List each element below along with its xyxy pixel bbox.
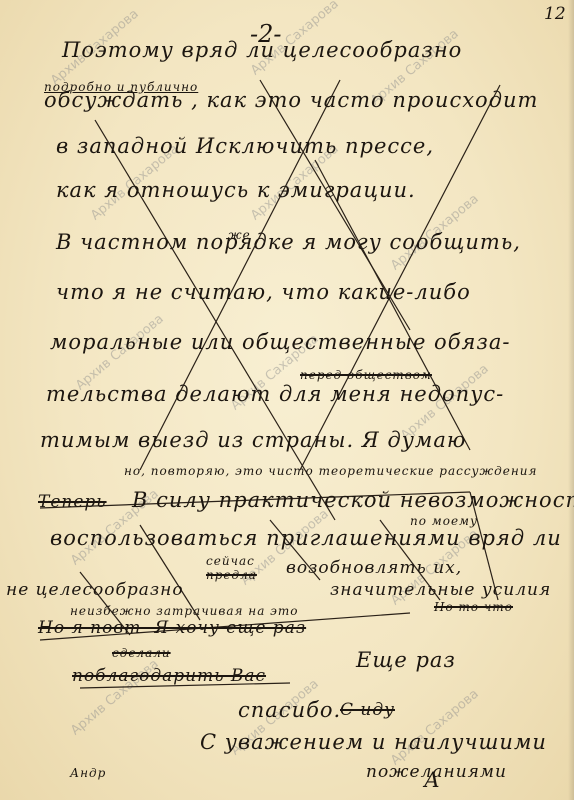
handwritten-line: но, повторяю, это чисто теоретические ра…	[124, 464, 537, 478]
handwritten-line: С уважением и наилучшими	[200, 730, 547, 754]
handwritten-line: Еще раз	[356, 648, 456, 672]
handwritten-line: перед обществом	[300, 368, 432, 382]
handwritten-line: сделали	[112, 646, 171, 660]
handwritten-line: Теперь	[38, 492, 107, 512]
handwritten-line: Но то что	[434, 600, 513, 614]
manuscript-page: -2- 12 Архив Сахарова Архив Сахарова Арх…	[0, 0, 574, 800]
handwritten-line: неизбежно затрачивая на это	[70, 604, 299, 618]
handwritten-line: В силу практической невозможности	[132, 488, 574, 512]
handwritten-line: предла	[206, 568, 257, 582]
handwritten-line: Но я повт- Я хочу еще раз	[38, 618, 306, 638]
handwritten-line: воспользоваться приглашениями вряд ли	[50, 526, 562, 550]
handwritten-line: Поэтому вряд ли целесообразно	[62, 38, 462, 62]
handwritten-line: что я не считаю, что какие-либо	[56, 280, 471, 304]
handwritten-line: поблагодарить Вас	[72, 666, 266, 686]
handwritten-line: сейчас	[206, 554, 255, 568]
handwritten-line: В частном порядке я могу сообщить,	[56, 230, 521, 254]
handwritten-line: С иду	[340, 700, 395, 720]
handwritten-line: не целесообразно	[6, 580, 184, 600]
handwritten-line: обсуждать , как это часто происходит	[44, 88, 538, 112]
handwritten-line: Андр	[70, 766, 106, 780]
handwritten-line: тельства делают для меня недопус-	[46, 382, 504, 406]
handwritten-line: как я отношусь к эмиграции.	[56, 178, 416, 202]
handwritten-line: тимым выезд из страны. Я думаю	[40, 428, 466, 452]
handwritten-line: спасибо.	[238, 698, 341, 722]
handwritten-line: в западной Исключить прессе,	[56, 134, 434, 158]
handwritten-line: возобновлять их,	[286, 558, 462, 578]
handwritten-line: моральные или общественные обяза-	[50, 330, 511, 354]
handwritten-line: значительные усилия	[330, 580, 551, 600]
handwritten-line: А	[424, 768, 441, 792]
